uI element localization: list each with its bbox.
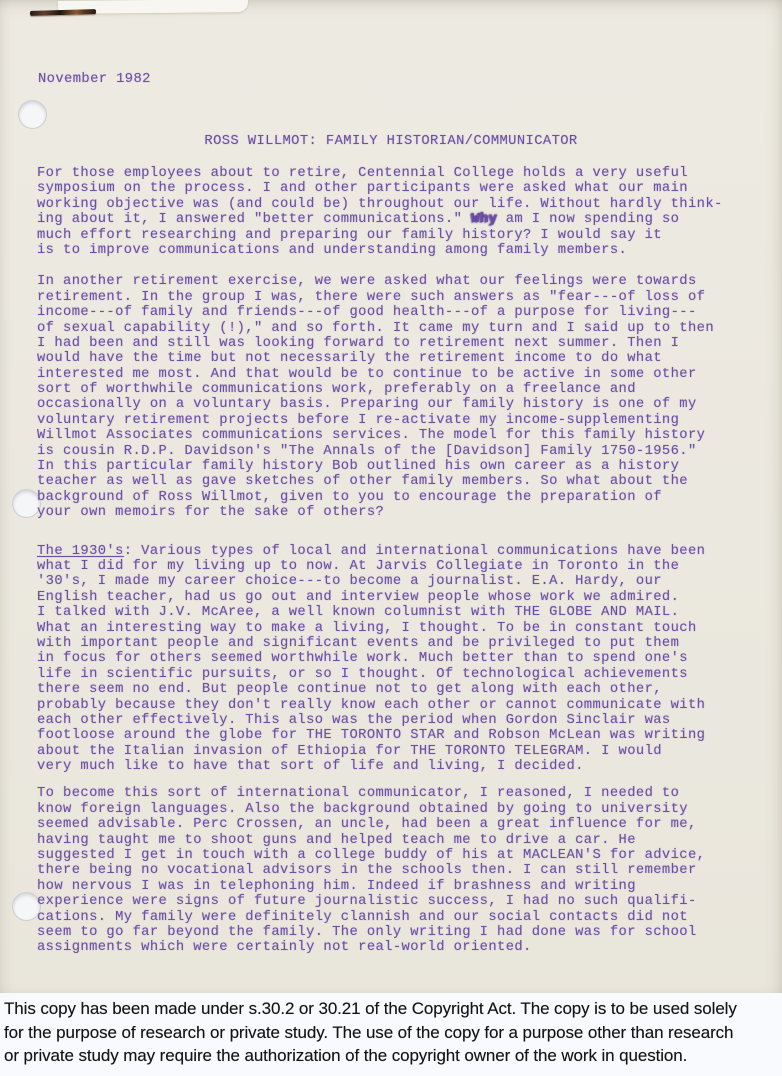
scanned-document-view: November 1982 ROSS WILLMOT: FAMILY HISTO… (0, 0, 782, 1076)
text-segment: having taught me to shoot guns and helpe… (37, 833, 636, 848)
text-segment: occasionally on a voluntary basis. Prepa… (37, 397, 697, 412)
text-segment: background of Ross Willmot, given to you… (37, 490, 662, 505)
text-segment: suggested I get in touch with a college … (37, 848, 705, 863)
text-segment: cations. My family were definitely clann… (37, 910, 688, 925)
text-segment: I talked with J.V. McAree, a well known … (37, 605, 679, 620)
text-line: about the Italian invasion of Ethiopia f… (37, 744, 766, 759)
text-segment: '30's, I made my career choice---to beco… (37, 574, 662, 589)
text-segment: is cousin R.D.P. Davidson's "The Annals … (37, 444, 697, 459)
punch-hole-top (19, 101, 46, 128)
text-segment: sort of worthwhile communications work, … (37, 382, 636, 397)
text-line: Willmot Associates communications servic… (37, 428, 766, 443)
text-segment: teacher as well as gave sketches of othe… (37, 474, 688, 489)
text-line: interested me most. And that would be to… (37, 367, 766, 382)
text-segment: experience were signs of future journali… (37, 894, 697, 909)
text-line: I had been and still was looking forward… (37, 336, 766, 351)
text-segment: there seem no end. But people continue n… (37, 682, 662, 697)
text-line: in focus for others seemed worthwhile wo… (37, 651, 766, 666)
text-segment: : Various types of local and internation… (124, 544, 706, 559)
text-line: know foreign languages. Also the backgro… (37, 802, 766, 817)
text-segment: ing about it, I answered "better communi… (37, 212, 471, 227)
text-segment: very much like to have that sort of life… (37, 759, 584, 774)
text-line: sort of worthwhile communications work, … (37, 382, 766, 397)
copyright-line: or private study may require the authori… (4, 1044, 782, 1068)
text-segment: your own memoirs for the sake of others? (37, 505, 384, 520)
text-line: For those employees about to retire, Cen… (37, 166, 766, 181)
text-segment: each other effectively. This also was th… (37, 713, 671, 728)
text-segment: in focus for others seemed worthwhile wo… (37, 651, 688, 666)
text-line: In another retirement exercise, we were … (37, 274, 766, 289)
text-line: To become this sort of international com… (37, 786, 766, 801)
text-segment: how nervous I was in telephoning him. In… (37, 879, 636, 894)
text-segment: about the Italian invasion of Ethiopia f… (37, 744, 662, 759)
text-line: there being no vocational advisors in th… (37, 863, 766, 878)
text-segment: am I now spending so (497, 212, 679, 227)
text-line: is to improve communications and underst… (37, 243, 766, 258)
text-line: probably because they don't really know … (37, 698, 766, 713)
text-line: life in scientific pursuits, or so I tho… (37, 667, 766, 682)
text-line: '30's, I made my career choice---to beco… (37, 574, 766, 589)
text-segment: I had been and still was looking forward… (37, 336, 679, 351)
text-line: there seem no end. But people continue n… (37, 682, 766, 697)
text-line: footloose around the globe for THE TORON… (37, 728, 766, 743)
text-line: I talked with J.V. McAree, a well known … (37, 605, 766, 620)
text-segment: income---of family and friends---of good… (37, 305, 697, 320)
text-line: income---of family and friends---of good… (37, 305, 766, 320)
text-segment: footloose around the globe for THE TORON… (37, 728, 705, 743)
text-line: much effort researching and preparing ou… (37, 228, 766, 243)
paragraph: In another retirement exercise, we were … (37, 274, 766, 520)
staple-mark (30, 9, 96, 16)
text-segment: would have the time but not necessarily … (37, 351, 662, 366)
document-title: ROSS WILLMOT: FAMILY HISTORIAN/COMMUNICA… (0, 134, 782, 149)
text-line: seemed advisable. Perc Crossen, an uncle… (37, 817, 766, 832)
text-segment: For those employees about to retire, Cen… (37, 166, 688, 181)
punch-hole-bottom (13, 893, 40, 920)
text-segment: retirement. In the group I was, there we… (37, 290, 705, 305)
text-segment: To become this sort of international com… (37, 786, 679, 801)
text-line: with important people and significant ev… (37, 636, 766, 651)
text-line: voluntary retirement projects before I r… (37, 413, 766, 428)
text-line: experience were signs of future journali… (37, 894, 766, 909)
text-segment-smudge: Why (471, 212, 497, 227)
text-segment: What an interesting way to make a living… (37, 621, 697, 636)
text-line: English teacher, had us go out and inter… (37, 590, 766, 605)
text-segment: interested me most. And that would be to… (37, 367, 697, 382)
document-date: November 1982 (38, 72, 151, 87)
text-segment: symposium on the process. I and other pa… (37, 181, 688, 196)
text-segment: much effort researching and preparing ou… (37, 228, 662, 243)
paragraph: To become this sort of international com… (37, 786, 766, 955)
text-segment: English teacher, had us go out and inter… (37, 590, 679, 605)
copyright-notice: This copy has been made under s.30.2 or … (0, 993, 782, 1076)
text-line: is cousin R.D.P. Davidson's "The Annals … (37, 444, 766, 459)
text-line: The 1930's: Various types of local and i… (37, 544, 766, 559)
text-segment: working objective was (and could be) thr… (37, 197, 723, 212)
text-segment: what I did for my living up to now. At J… (37, 559, 679, 574)
text-line: In this particular family history Bob ou… (37, 459, 766, 474)
text-segment: assignments which were certainly not rea… (37, 940, 532, 955)
text-line: having taught me to shoot guns and helpe… (37, 833, 766, 848)
text-segment: In this particular family history Bob ou… (37, 459, 679, 474)
text-segment: In another retirement exercise, we were … (37, 274, 697, 289)
text-line: would have the time but not necessarily … (37, 351, 766, 366)
text-segment: know foreign languages. Also the backgro… (37, 802, 688, 817)
text-line: teacher as well as gave sketches of othe… (37, 474, 766, 489)
typewritten-text: For those employees about to retire, Cen… (37, 166, 766, 956)
text-segment: voluntary retirement projects before I r… (37, 413, 679, 428)
text-line: retirement. In the group I was, there we… (37, 290, 766, 305)
text-segment: with important people and significant ev… (37, 636, 679, 651)
text-segment: seemed advisable. Perc Crossen, an uncle… (37, 817, 697, 832)
text-segment: of sexual capability (!)," and so forth.… (37, 321, 714, 336)
text-segment: life in scientific pursuits, or so I tho… (37, 667, 688, 682)
text-line: how nervous I was in telephoning him. In… (37, 879, 766, 894)
text-segment: Willmot Associates communications servic… (37, 428, 705, 443)
text-line: each other effectively. This also was th… (37, 713, 766, 728)
punch-hole-middle (13, 490, 40, 517)
copyright-line: for the purpose of research or private s… (4, 1021, 782, 1045)
text-line: assignments which were certainly not rea… (37, 940, 766, 955)
text-line: suggested I get in touch with a college … (37, 848, 766, 863)
text-line: ing about it, I answered "better communi… (37, 212, 766, 227)
text-line: background of Ross Willmot, given to you… (37, 490, 766, 505)
text-line: your own memoirs for the sake of others? (37, 505, 766, 520)
text-line: What an interesting way to make a living… (37, 621, 766, 636)
paragraph: The 1930's: Various types of local and i… (37, 544, 766, 775)
text-line: occasionally on a voluntary basis. Prepa… (37, 397, 766, 412)
text-segment: seem to go far beyond the family. The on… (37, 925, 697, 940)
paragraph: For those employees about to retire, Cen… (37, 166, 766, 258)
text-line: very much like to have that sort of life… (37, 759, 766, 774)
text-line: what I did for my living up to now. At J… (37, 559, 766, 574)
text-line: of sexual capability (!)," and so forth.… (37, 321, 766, 336)
scanned-page: November 1982 ROSS WILLMOT: FAMILY HISTO… (0, 0, 782, 993)
copyright-line: This copy has been made under s.30.2 or … (4, 997, 782, 1021)
text-line: seem to go far beyond the family. The on… (37, 925, 766, 940)
text-segment: probably because they don't really know … (37, 698, 705, 713)
text-segment: is to improve communications and underst… (37, 243, 627, 258)
text-line: cations. My family were definitely clann… (37, 910, 766, 925)
text-line: symposium on the process. I and other pa… (37, 181, 766, 196)
text-segment: there being no vocational advisors in th… (37, 863, 697, 878)
text-line: working objective was (and could be) thr… (37, 197, 766, 212)
text-segment-u: The 1930's (37, 544, 124, 559)
